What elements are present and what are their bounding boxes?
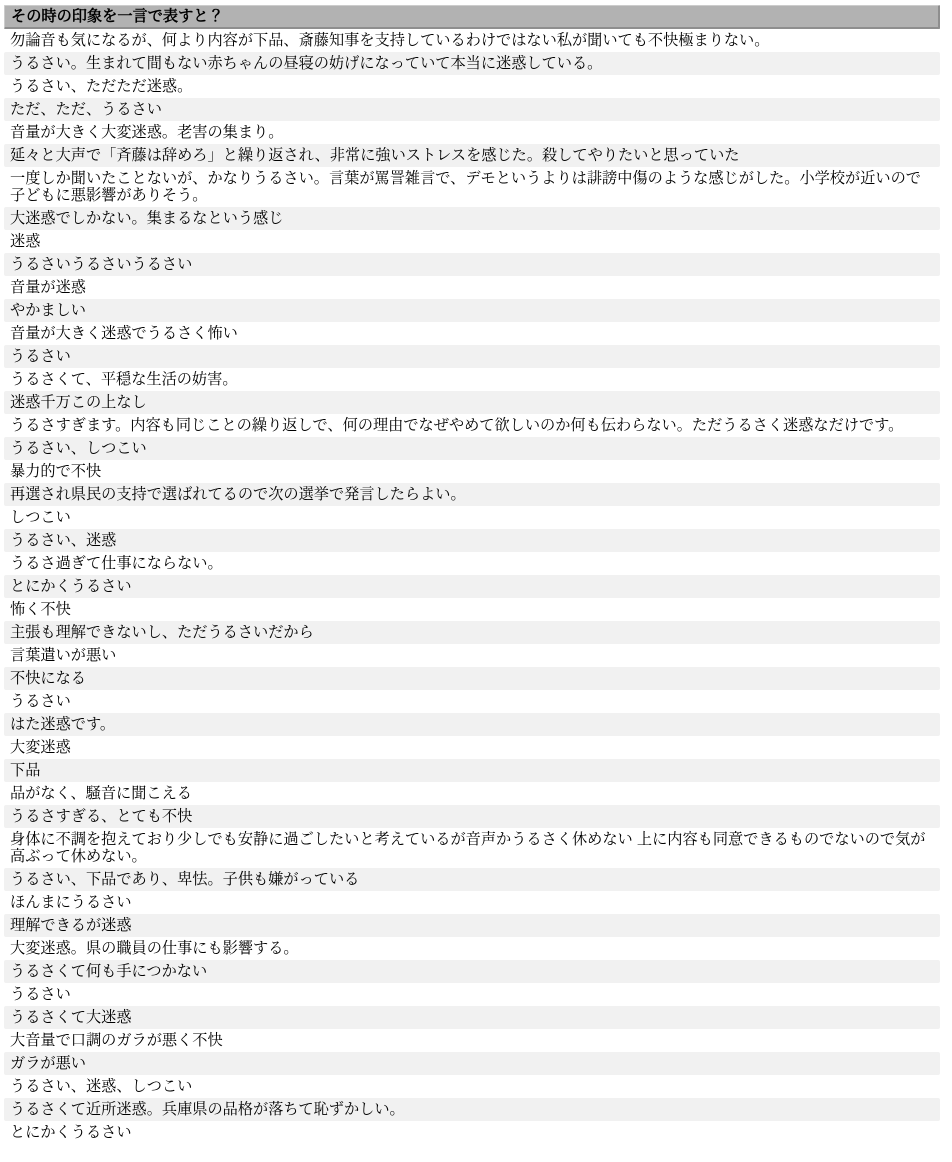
table-row: ガラが悪い <box>4 1052 940 1075</box>
table-row: うるさすぎます。内容も同じことの繰り返しで、何の理由でなぜやめて欲しいのか何も伝… <box>4 414 940 437</box>
table-row: うるさすぎる、とても不快 <box>4 805 940 828</box>
table-row: やかましい <box>4 299 940 322</box>
table-row: 勿論音も気になるが、何より内容が下品、斎藤知事を支持しているわけではない私が聞い… <box>4 29 940 52</box>
survey-responses-page: その時の印象を一言で表すと？ 勿論音も気になるが、何より内容が下品、斎藤知事を支… <box>0 0 952 1158</box>
table-row: うるさい、しつこい <box>4 437 940 460</box>
table-row: しつこい <box>4 506 940 529</box>
table-row: 音量が迷惑 <box>4 276 940 299</box>
table-row: 怖く不快 <box>4 598 940 621</box>
responses-table: その時の印象を一言で表すと？ 勿論音も気になるが、何より内容が下品、斎藤知事を支… <box>4 5 940 1144</box>
table-body: 勿論音も気になるが、何より内容が下品、斎藤知事を支持しているわけではない私が聞い… <box>4 29 940 1144</box>
table-row: うるさい、迷惑、しつこい <box>4 1075 940 1098</box>
table-row: 大迷惑でしかない。集まるなという感じ <box>4 207 940 230</box>
table-row: 延々と大声で「斉藤は辞めろ」と繰り返され、非常に強いストレスを感じた。殺してやり… <box>4 144 940 167</box>
table-row: 音量が大きく大変迷惑。老害の集まり。 <box>4 121 940 144</box>
table-row: 大音量で口調のガラが悪く不快 <box>4 1029 940 1052</box>
table-row: 不快になる <box>4 667 940 690</box>
table-row: 主張も理解できないし、ただうるさいだから <box>4 621 940 644</box>
table-row: 理解できるが迷惑 <box>4 914 940 937</box>
table-row: 品がなく、騒音に聞こえる <box>4 782 940 805</box>
table-row: はた迷惑です。 <box>4 713 940 736</box>
table-row: 迷惑千万この上なし <box>4 391 940 414</box>
table-row: うるさい、ただただ迷惑。 <box>4 75 940 98</box>
table-row: 暴力的で不快 <box>4 460 940 483</box>
table-row: 言葉遣いが悪い <box>4 644 940 667</box>
table-row: うるさい、下品であり、卑怯。子供も嫌がっている <box>4 868 940 891</box>
table-row: うるさい <box>4 690 940 713</box>
table-row: 下品 <box>4 759 940 782</box>
table-row: うるさいうるさいうるさい <box>4 253 940 276</box>
table-row: うるさくて大迷惑 <box>4 1006 940 1029</box>
table-row: うるさくて、平穏な生活の妨害。 <box>4 368 940 391</box>
table-row: うるさい、迷惑 <box>4 529 940 552</box>
table-row: 迷惑 <box>4 230 940 253</box>
table-row: うるさ過ぎて仕事にならない。 <box>4 552 940 575</box>
table-row: 再選され県民の支持で選ばれてるので次の選挙で発言したらよい。 <box>4 483 940 506</box>
table-row: うるさい <box>4 983 940 1006</box>
table-row: うるさい <box>4 345 940 368</box>
table-row: 大変迷惑 <box>4 736 940 759</box>
table-row: ほんまにうるさい <box>4 891 940 914</box>
table-row: うるさくて何も手につかない <box>4 960 940 983</box>
table-row: 身体に不調を抱えており少しでも安静に過ごしたいと考えているが音声かうるさく休めな… <box>4 828 940 868</box>
table-row: とにかくうるさい <box>4 1121 940 1144</box>
question-header: その時の印象を一言で表すと？ <box>4 5 940 29</box>
table-row: とにかくうるさい <box>4 575 940 598</box>
table-row: うるさい。生まれて間もない赤ちゃんの昼寝の妨げになっていて本当に迷惑している。 <box>4 52 940 75</box>
table-row: 一度しか聞いたことないが、かなりうるさい。言葉が罵詈雑言で、デモというよりは誹謗… <box>4 167 940 207</box>
table-row: 大変迷惑。県の職員の仕事にも影響する。 <box>4 937 940 960</box>
table-row: ただ、ただ、うるさい <box>4 98 940 121</box>
table-row: うるさくて近所迷惑。兵庫県の品格が落ちて恥ずかしい。 <box>4 1098 940 1121</box>
table-row: 音量が大きく迷惑でうるさく怖い <box>4 322 940 345</box>
